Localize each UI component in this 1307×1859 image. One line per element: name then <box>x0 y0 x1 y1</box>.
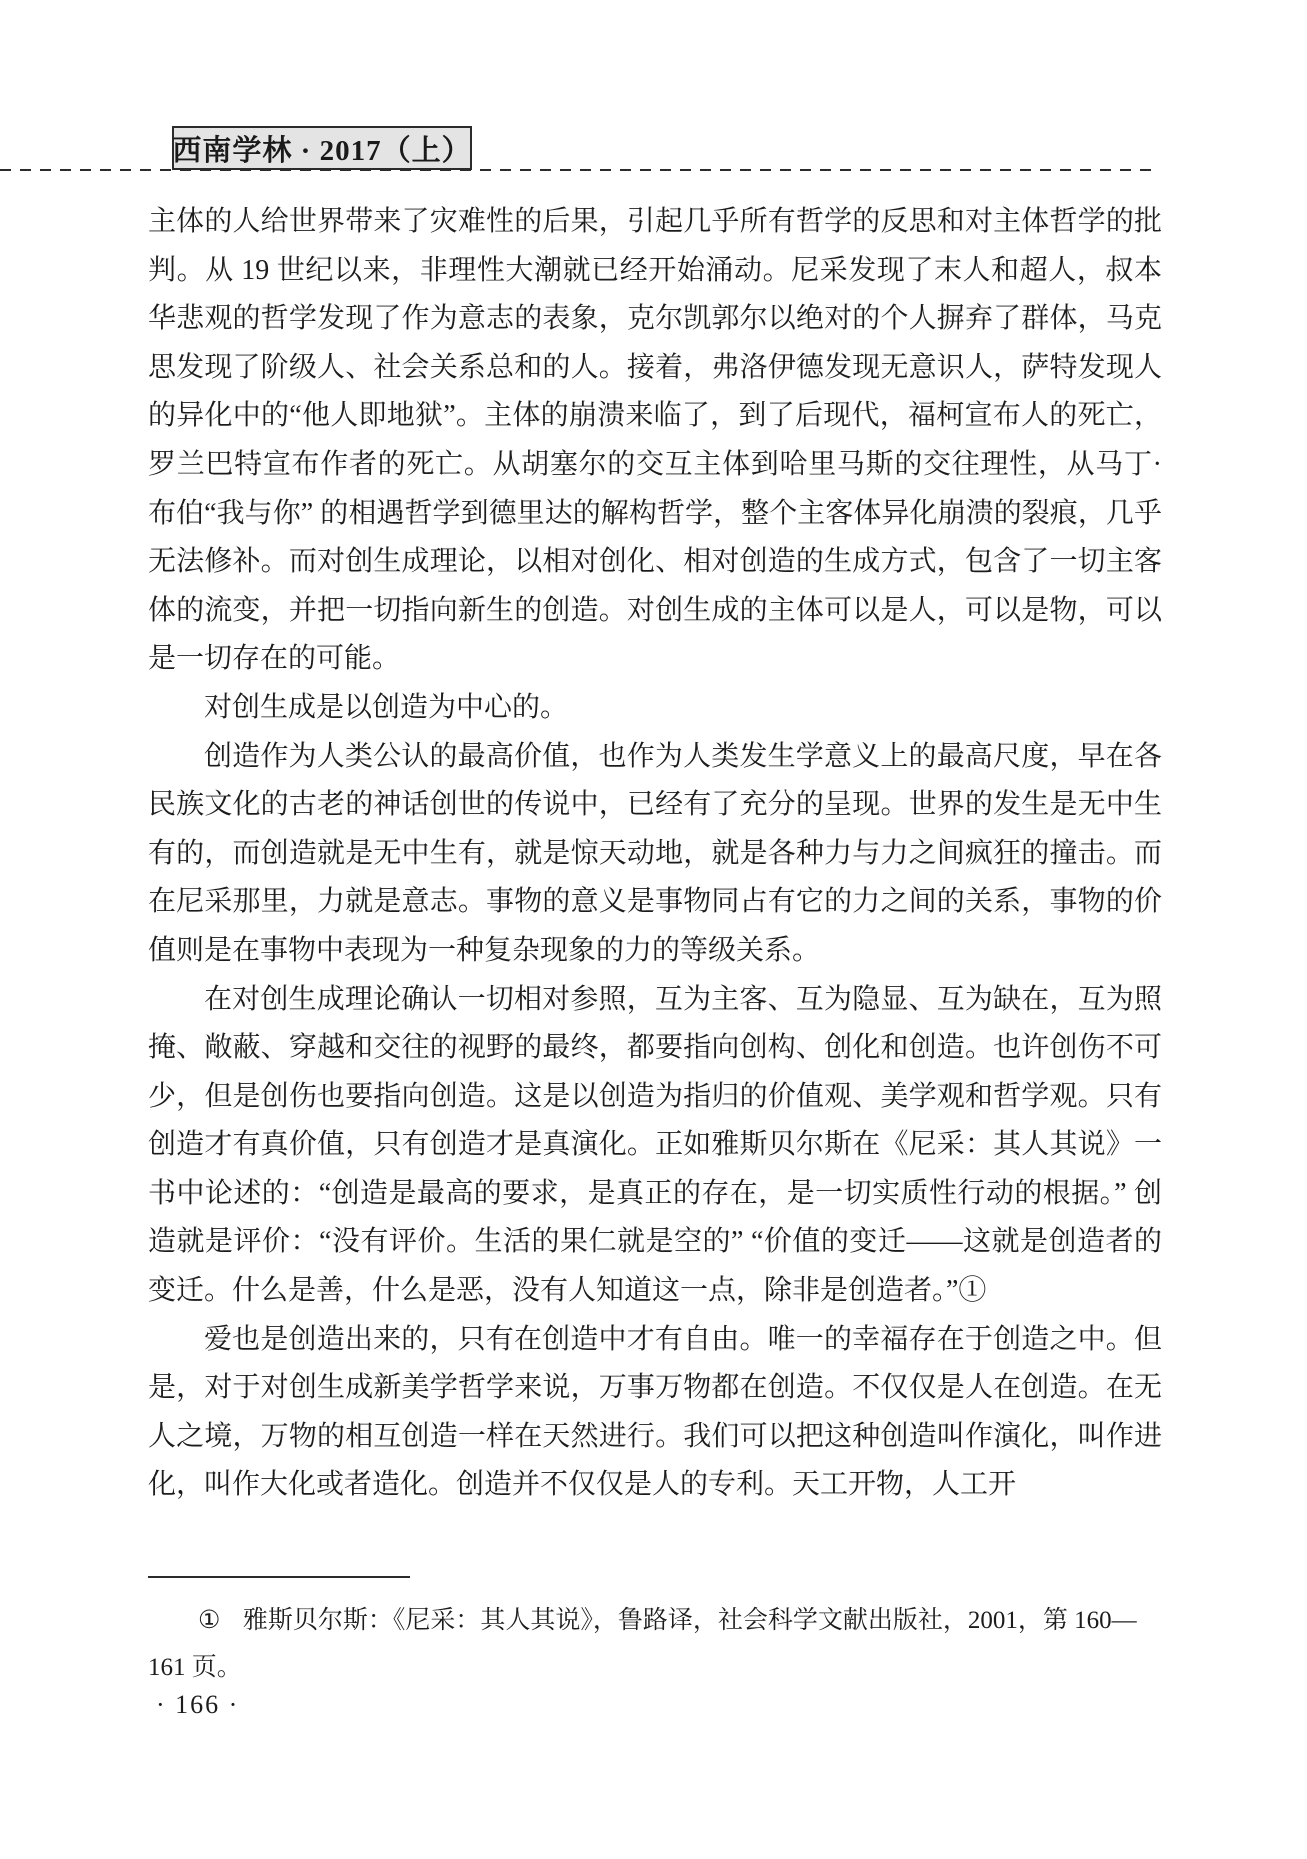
journal-header-box: 西南学林 · 2017（上） <box>172 126 472 170</box>
footnote-text: ①雅斯贝尔斯：《尼采：其人其说》，鲁路译，社会科学文献出版社，2001，第 16… <box>148 1597 1162 1691</box>
journal-title: 西南学林 · 2017（上） <box>172 128 471 169</box>
article-body: 主体的人给世界带来了灾难性的后果，引起几乎所有哲学的反思和对主体哲学的批判。从 … <box>148 198 1162 1510</box>
footnote-line2: 161 页。 <box>148 1654 242 1681</box>
footnote-separator <box>148 1576 410 1578</box>
footnote-marker: ① <box>198 1607 220 1634</box>
paragraph-love-creation: 爱也是创造出来的，只有在创造中才有自由。唯一的幸福存在于创造之中。但是，对于对创… <box>148 1316 1162 1510</box>
paragraph-thesis: 对创生成是以创造为中心的。 <box>148 684 1162 733</box>
footnote-line1: 雅斯贝尔斯：《尼采：其人其说》，鲁路译，社会科学文献出版社，2001，第 160… <box>243 1607 1137 1634</box>
paragraph-continuation: 主体的人给世界带来了灾难性的后果，引起几乎所有哲学的反思和对主体哲学的批判。从 … <box>148 198 1162 684</box>
scanned-book-page: 西南学林 · 2017（上） 主体的人给世界带来了灾难性的后果，引起几乎所有哲学… <box>0 0 1307 1859</box>
footnote-area: ①雅斯贝尔斯：《尼采：其人其说》，鲁路译，社会科学文献出版社，2001，第 16… <box>148 1597 1162 1691</box>
paragraph-creation-value: 创造作为人类公认的最高价值，也作为人类发生学意义上的最高尺度，早在各民族文化的古… <box>148 733 1162 976</box>
page-number: · 166 · <box>156 1690 239 1720</box>
paragraph-theory-confirmation: 在对创生成理论确认一切相对参照，互为主客、互为隐显、互为缺在，互为照掩、敞蔽、穿… <box>148 976 1162 1316</box>
